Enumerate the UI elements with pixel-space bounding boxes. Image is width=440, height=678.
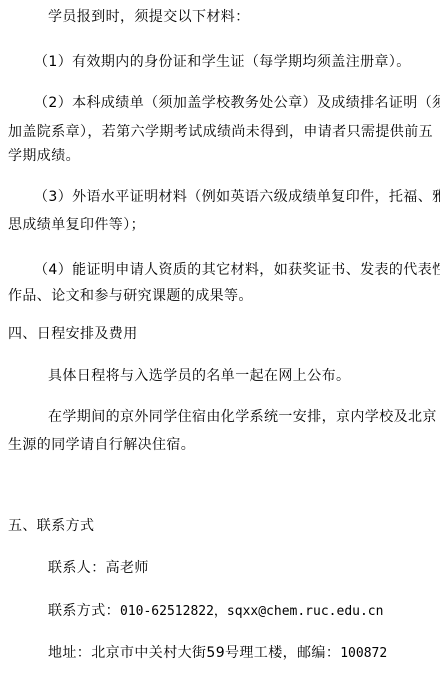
contact-person: 联系人：高老师 (48, 560, 149, 576)
item-3-line-1: （3）外语水平证明材料（例如英语六级成绩单复印件，托福、雅 (34, 189, 440, 205)
intro-text: 学员报到时，须提交以下材料： (48, 9, 250, 25)
contact-value: 010-62512822，sqxx@chem.ruc.edu.cn (120, 604, 383, 619)
postcode: 100872 (340, 646, 387, 661)
item-1: （1）有效期内的身份证和学生证（每学期均须盖注册章）。 (34, 54, 411, 70)
contact-info: 联系方式：010-62512822，sqxx@chem.ruc.edu.cn (48, 603, 383, 620)
lodging-text-line-1: 在学期间的京外同学住宿由化学系统一安排，京内学校及北京 (48, 409, 437, 425)
item-2-line-2: 加盖院系章），若第六学期考试成绩尚未得到，申请者只需提供前五 (8, 124, 433, 140)
item-4-line-2: 作品、论文和参与研究课题的成果等。 (8, 288, 253, 304)
item-2-line-1: （2）本科成绩单（须加盖学校教务处公章）及成绩排名证明（须 (34, 95, 440, 111)
lodging-text-line-2: 生源的同学请自行解决住宿。 (8, 437, 195, 453)
address: 地址：北京市中关村大街59号理工楼，邮编：100872 (48, 645, 387, 662)
address-label: 地址：北京市中关村大街59号理工楼，邮编： (48, 645, 340, 661)
section-4-heading: 四、日程安排及费用 (8, 326, 138, 342)
item-3-line-2: 思成绩单复印件等）； (8, 217, 145, 233)
item-4-line-1: （4）能证明申请人资质的其它材料，如获奖证书、发表的代表性 (34, 262, 440, 278)
contact-label: 联系方式： (48, 603, 120, 619)
schedule-text: 具体日程将与入选学员的名单一起在网上公布。 (48, 368, 350, 384)
section-5-heading: 五、联系方式 (8, 518, 94, 534)
item-2-line-3: 学期成绩。 (8, 148, 80, 164)
